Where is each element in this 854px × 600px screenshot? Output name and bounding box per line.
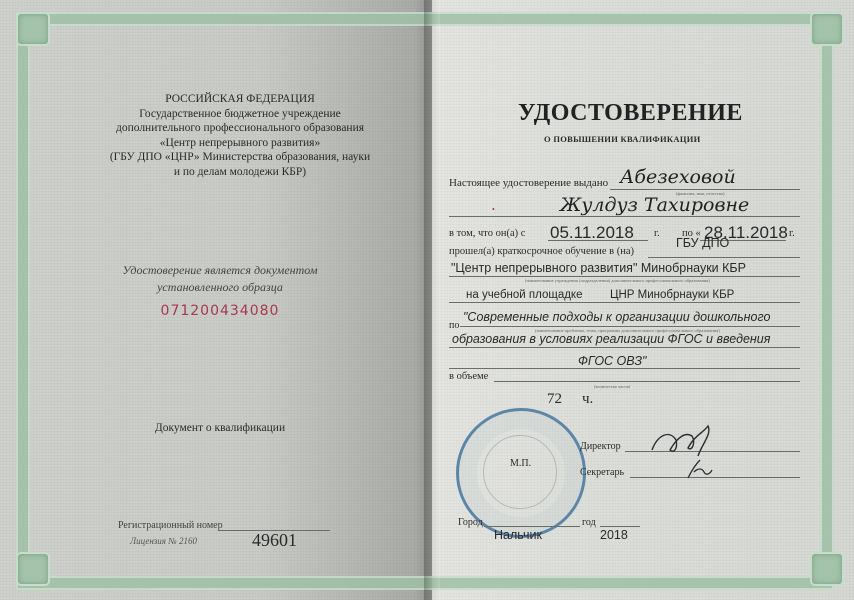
site-underline <box>449 302 800 303</box>
city-value: Нальчик <box>494 528 542 542</box>
recipient-surname: Абезеховой <box>620 166 736 188</box>
note-line: установленного образца <box>100 279 340 296</box>
header-line: РОССИЙСКАЯ ФЕДЕРАЦИЯ <box>100 92 380 107</box>
institution-hint: (наименование учреждения (подразделения)… <box>525 278 710 283</box>
year-label: год <box>582 517 596 528</box>
secretary-signature <box>684 458 714 482</box>
stamp-label: М.П. <box>510 458 531 469</box>
registration-number: 49601 <box>252 530 297 551</box>
program-line-2: образования в условиях реализации ФГОС и… <box>452 332 770 346</box>
names-underline <box>449 216 800 217</box>
hours-value: 72 <box>547 391 562 408</box>
year-suffix: г. <box>654 228 660 239</box>
period-prefix: в том, что он(а) с <box>449 228 525 239</box>
header-line: (ГБУ ДПО «ЦНР» Министерства образования,… <box>100 150 380 165</box>
city-underline <box>484 526 580 527</box>
secretary-label: Секретарь <box>580 467 624 478</box>
red-dot-mark: • <box>492 205 495 214</box>
year-value: 2018 <box>600 528 628 542</box>
note-line: Удостоверение является документом <box>100 262 340 279</box>
director-label: Директор <box>580 441 621 452</box>
volume-underline <box>494 381 800 382</box>
surname-underline <box>610 189 800 190</box>
institution-underline <box>648 257 800 258</box>
city-label: Город <box>458 517 483 528</box>
issued-to-label: Настоящее удостоверение выдано <box>449 177 608 189</box>
director-signature <box>648 422 718 462</box>
site-value: ЦНР Минобрнауки КБР <box>610 289 734 301</box>
institution-underline <box>449 276 800 277</box>
program-underline <box>460 326 800 327</box>
issuer-header: РОССИЙСКАЯ ФЕДЕРАЦИЯ Государственное бюд… <box>100 92 380 179</box>
program-prefix: по <box>449 320 459 331</box>
frame-corner-ornament <box>16 552 50 586</box>
stamp-inner-ring <box>483 435 557 509</box>
hours-unit: ч. <box>582 391 593 408</box>
date-from-underline <box>548 240 648 241</box>
certificate-title: УДОСТОВЕРЕНИЕ <box>518 100 743 127</box>
program-underline <box>449 347 800 348</box>
program-line-3: ФГОС ОВЗ" <box>578 354 646 368</box>
institution-line-2: "Центр непрерывного развития" Минобрнаук… <box>451 261 746 275</box>
document-type: Документ о квалификации <box>100 422 340 434</box>
secretary-signature-line <box>630 477 800 478</box>
volume-label: в объеме <box>449 371 488 382</box>
header-line: и по делам молодежи КБР) <box>100 165 380 180</box>
frame-corner-ornament <box>16 12 50 46</box>
left-page: РОССИЙСКАЯ ФЕДЕРАЦИЯ Государственное бюд… <box>0 0 432 600</box>
year-underline <box>600 526 640 527</box>
header-line: «Центр непрерывного развития» <box>100 136 380 151</box>
book-fold <box>424 0 440 600</box>
institution-line-1: ГБУ ДПО <box>676 236 729 250</box>
recipient-given-names: Жулдуз Тахировне <box>560 194 749 216</box>
year-suffix: г. <box>789 228 795 239</box>
program-line-1: "Современные подходы к организации дошко… <box>463 310 770 324</box>
site-label: на учебной площадке <box>466 289 583 301</box>
program-underline <box>449 368 800 369</box>
serial-number: 071200434080 <box>100 303 340 319</box>
license-number: Лицензия № 2160 <box>130 536 197 546</box>
certificate-spread: РОССИЙСКАЯ ФЕДЕРАЦИЯ Государственное бюд… <box>0 0 854 600</box>
header-line: дополнительного профессионального образо… <box>100 121 380 136</box>
certificate-subtitle: О ПОВЫШЕНИИ КВАЛИФИКАЦИИ <box>544 134 701 144</box>
frame-corner-ornament <box>810 12 844 46</box>
standard-form-note: Удостоверение является документом устано… <box>100 262 340 296</box>
registration-label: Регистрационный номер <box>118 520 223 531</box>
trained-label: прошел(а) краткосрочное обучение в (на) <box>449 246 634 257</box>
hours-hint: (количество часов) <box>594 384 630 389</box>
header-line: Государственное бюджетное учреждение <box>100 107 380 122</box>
frame-corner-ornament <box>810 552 844 586</box>
